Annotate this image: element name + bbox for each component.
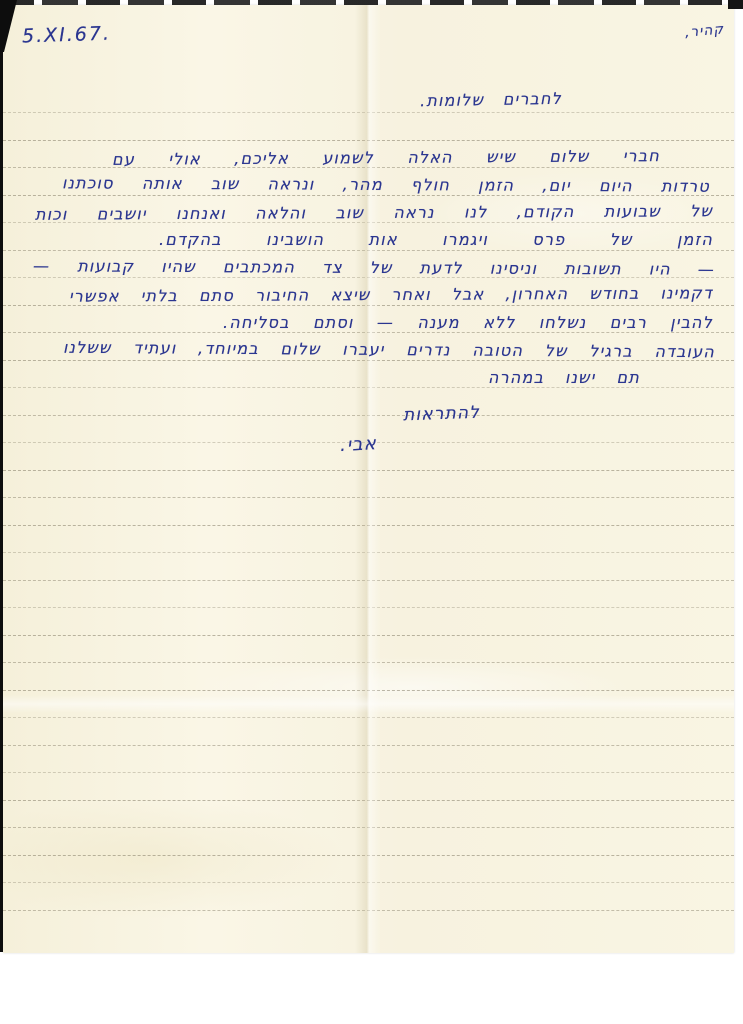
scan-artifact-top-right-corner bbox=[728, 0, 743, 9]
handwritten-line: — היו תשובות וניסינו לדעת של צד המכתבים … bbox=[33, 253, 715, 284]
closing-salutation: להתראות bbox=[402, 400, 480, 429]
handwritten-line: דקמינו בחודש האחרון, אבל ואחר שיצא החיבו… bbox=[69, 280, 713, 310]
handwritten-line: של שבועות הקודם, לנו נראה שוב והלאה ואנח… bbox=[35, 198, 713, 229]
signature: אבי. bbox=[339, 431, 377, 459]
letter-paper: 5.XI.67. קהיר, לחברים שלומות. חברי שלום … bbox=[3, 5, 734, 953]
handwritten-line: העובדה ברגיל של הטובה נדרים יעברו שלום ב… bbox=[63, 335, 715, 367]
scan-artifact-top-edge bbox=[0, 0, 738, 5]
handwritten-date: 5.XI.67. bbox=[22, 20, 112, 49]
scanned-letter: { "letter": { "date": "5.XI.67.", "corne… bbox=[0, 0, 743, 1024]
handwritten-line: תם ישנו במהרה bbox=[488, 365, 640, 392]
handwritten-line: להבין רבים נשלחו ללא מענה — וסתם בסליחה. bbox=[223, 310, 713, 337]
handwritten-line: טרדות היום יום, הזמן חולף מהר, ונראה שוב… bbox=[62, 170, 710, 200]
scan-artifact-left-edge bbox=[0, 0, 3, 952]
paper-crease-horizontal bbox=[3, 695, 734, 713]
handwritten-line: הזמן של פרס ויגמרו אות הושבינו בהקדם. bbox=[159, 227, 713, 254]
handwritten-line: חברי שלום שיש האלה לשמוע אליכם, אולי עם bbox=[112, 143, 660, 174]
handwritten-corner-note: קהיר, bbox=[684, 16, 725, 45]
greeting-line: לחברים שלומות. bbox=[420, 86, 562, 115]
